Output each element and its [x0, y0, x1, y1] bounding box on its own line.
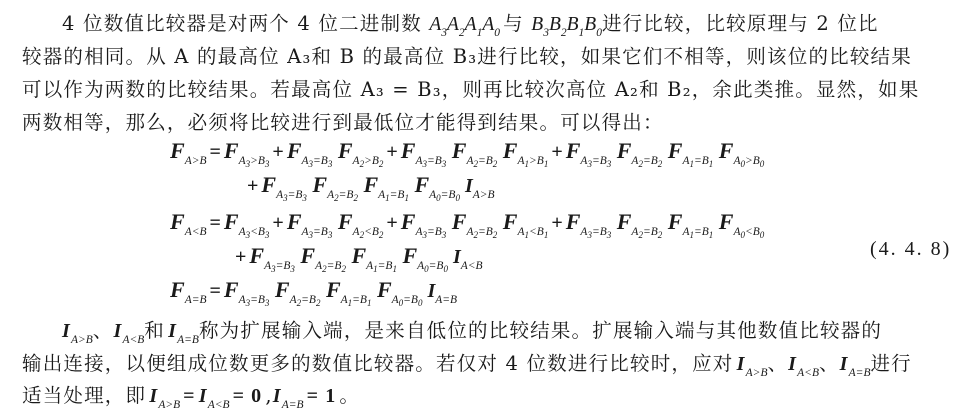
- math-I-greater: IA>B: [149, 385, 180, 407]
- paragraph-1-line-4: 两数相等，那么，必须将比较进行到最低位才能得到结果。可以得出：: [22, 107, 664, 135]
- text-span: 进行比较，比较原理与 2 位比: [602, 12, 879, 35]
- text-span: 适当处理，即: [22, 384, 146, 407]
- math-I-equal: IA=B: [168, 320, 199, 342]
- math-I-greater: IA>B: [737, 353, 768, 375]
- paragraph-2-line-1: IA>B、IA<B和 IA=B称为扩展输入端，是来自低位的比较结果。扩展输入端与…: [62, 315, 882, 346]
- paragraph-2-line-2: 输出连接，以便组成位数更多的数值比较器。若仅对 4 位数进行比较时，应对 IA>…: [22, 348, 912, 379]
- text-span: 、: [767, 352, 788, 375]
- equation-F-less-line-1: FA<B=FA3<B3+FA3=B3 FA2<B2+FA3=B3 FA2=B2 …: [170, 209, 764, 240]
- equation-F-less-line-2: +FA3=B3 FA2=B2 FA1=B1 FA0=B0 IA<B: [232, 243, 483, 274]
- text-span: 输出连接，以便组成位数更多的数值比较器。若仅对 4 位数进行比较时，应对: [22, 352, 734, 375]
- text-span: 和: [144, 319, 165, 342]
- text-span: 、: [93, 319, 114, 342]
- paragraph-1-line-3: 可以作为两数的比较结果。若最高位 A₃ = B₃，则再比较次高位 A₂和 B₂，…: [22, 74, 919, 102]
- math-B-digits: B3B2B1B0: [531, 14, 602, 35]
- value-zero: 0: [251, 385, 262, 407]
- paragraph-2-line-3: 适当处理，即 IA>B=IA<B=0,IA=B=1。: [22, 380, 360, 410]
- value-one: 1: [325, 385, 336, 407]
- text-span: 称为扩展输入端，是来自低位的比较结果。扩展输入端与其他数值比较器的: [199, 319, 882, 342]
- math-I-greater: IA>B: [62, 320, 93, 342]
- math-A-digits: A3A2A1A0: [429, 14, 500, 35]
- text-span: 进行: [870, 352, 911, 375]
- math-I-equal: IA=B: [273, 385, 304, 407]
- text-span: 4 位数值比较器是对两个 4 位二进制数: [62, 12, 429, 35]
- text-span: 与: [503, 12, 531, 35]
- equation-F-equal: FA=B=FA3=B3 FA2=B2 FA1=B1 FA0=B0 IA=B: [170, 277, 457, 308]
- text-span: 。: [339, 384, 360, 407]
- paragraph-1-line-2: 较器的相同。从 A 的最高位 A₃和 B 的最高位 B₃进行比较，如果它们不相等…: [22, 41, 912, 69]
- paragraph-1-line-1: 4 位数值比较器是对两个 4 位二进制数 A3A2A1A0 与 B3B2B1B0…: [62, 8, 879, 39]
- math-I-equal: IA=B: [840, 353, 871, 375]
- equation-number: (4. 4. 8): [870, 238, 951, 261]
- math-I-less: IA<B: [199, 385, 230, 407]
- equation-F-greater-line-1: FA>B=FA3>B3+FA3=B3 FA2>B2+FA3=B3 FA2=B2 …: [170, 138, 764, 169]
- text-span: 、: [819, 352, 840, 375]
- equation-F-greater-line-2: +FA3=B3 FA2=B2 FA1=B1 FA0=B0 IA>B: [244, 172, 495, 203]
- math-I-less: IA<B: [788, 353, 819, 375]
- math-I-less: IA<B: [114, 320, 145, 342]
